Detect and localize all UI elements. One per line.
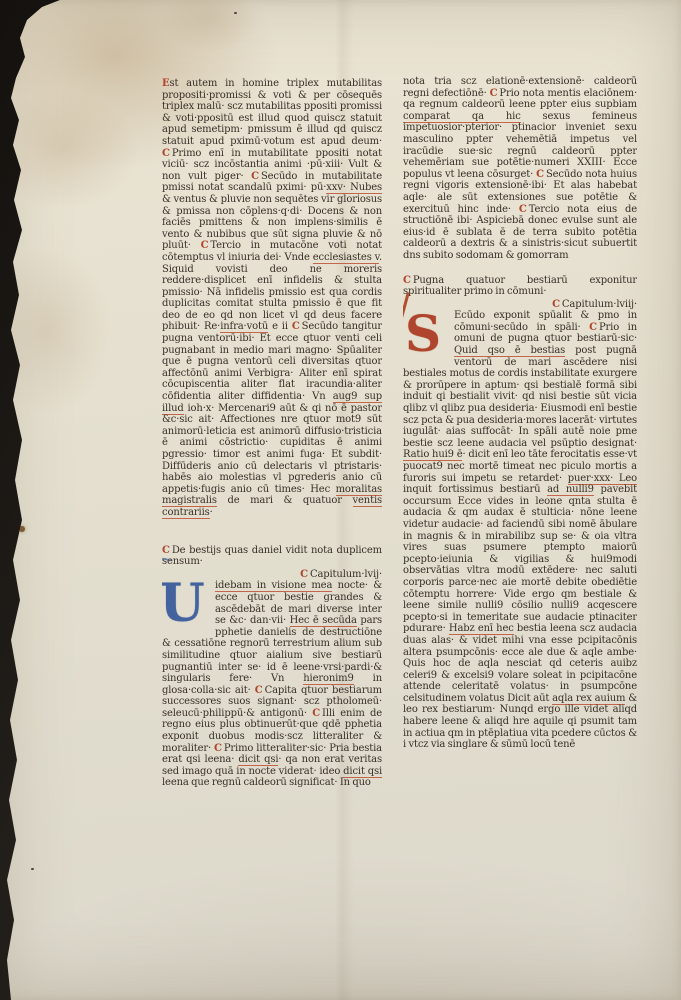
- rubric-underline: dicit qsi: [238, 754, 278, 766]
- pilcrow-mark: C: [300, 569, 310, 580]
- paragraph: Uidebam in visione mea nocte· & ecce qtu…: [162, 580, 382, 789]
- rubricated-capital: E: [162, 78, 169, 89]
- pilcrow-mark: C: [201, 240, 211, 251]
- paragraph: Est autem in homine triplex mutabilitas …: [162, 78, 382, 519]
- rubric-underline: idebam in visione mea: [215, 580, 332, 592]
- rubric-underline: Quid qso ē bestias: [454, 345, 565, 357]
- paragraph: SEcūdo exponit spūalit & pmo in cōmuni·s…: [403, 310, 637, 751]
- rubric-underline: hieronim9: [303, 673, 354, 685]
- ink-speck: [234, 12, 237, 14]
- rubric-underline: infra·votū: [220, 321, 268, 333]
- pilcrow-mark: C: [536, 169, 546, 180]
- rubric-underline: Habz enī hec: [449, 623, 514, 635]
- illuminated-initial-S: S: [403, 312, 449, 356]
- paragraph: nota tria scz elationē·extensionē· calde…: [403, 76, 637, 262]
- rubric-underline: ecclesiastes v: [313, 252, 379, 264]
- text-column-right: nota tria scz elationē·extensionē· calde…: [403, 76, 637, 820]
- rubric-underline: Ratio hui9 ē: [403, 449, 462, 461]
- text-column-left: Est autem in homine triplex mutabilitas …: [162, 78, 382, 824]
- rubric-underline: puer·xxx· Leo: [568, 473, 637, 485]
- illuminated-initial-U: U: [162, 582, 210, 626]
- pilcrow-mark: C: [292, 321, 302, 332]
- pilcrow-mark: C: [162, 148, 172, 159]
- rubric-underline: Hec ē secūda: [290, 615, 357, 627]
- rubric-underline: comparat qa hic: [403, 111, 521, 123]
- section-heading: CPugna quatuor bestiarū exponitur spirit…: [403, 275, 637, 298]
- rubric-underline: xxv· Nubes: [326, 182, 382, 194]
- pilcrow-mark: C: [255, 685, 265, 696]
- pilcrow-mark: C: [214, 743, 224, 754]
- pilcrow-mark: C: [251, 171, 261, 182]
- rubric-underline: aug9 sup illud: [162, 391, 382, 415]
- pilcrow-mark: C: [519, 204, 529, 215]
- pilcrow-mark: C: [403, 275, 413, 286]
- pilcrow-mark: C: [312, 708, 322, 719]
- rubric-underline: moralitas magistralis: [162, 484, 382, 508]
- pilcrow-mark: C: [552, 299, 562, 310]
- rubric-underline: aqla rex auium: [552, 693, 625, 705]
- rubric-underline: ad nulli9: [547, 484, 594, 496]
- section-heading: CDe bestijs quas daniel vidit nota dupli…: [162, 545, 382, 568]
- pilcrow-mark: C: [162, 545, 172, 556]
- rubric-underline: dicit qsi: [343, 766, 382, 778]
- pilcrow-mark: C: [490, 88, 500, 99]
- ink-speck: [31, 868, 34, 870]
- manuscript-page: Est autem in homine triplex mutabilitas …: [0, 0, 681, 1000]
- pilcrow-mark: C: [589, 322, 599, 333]
